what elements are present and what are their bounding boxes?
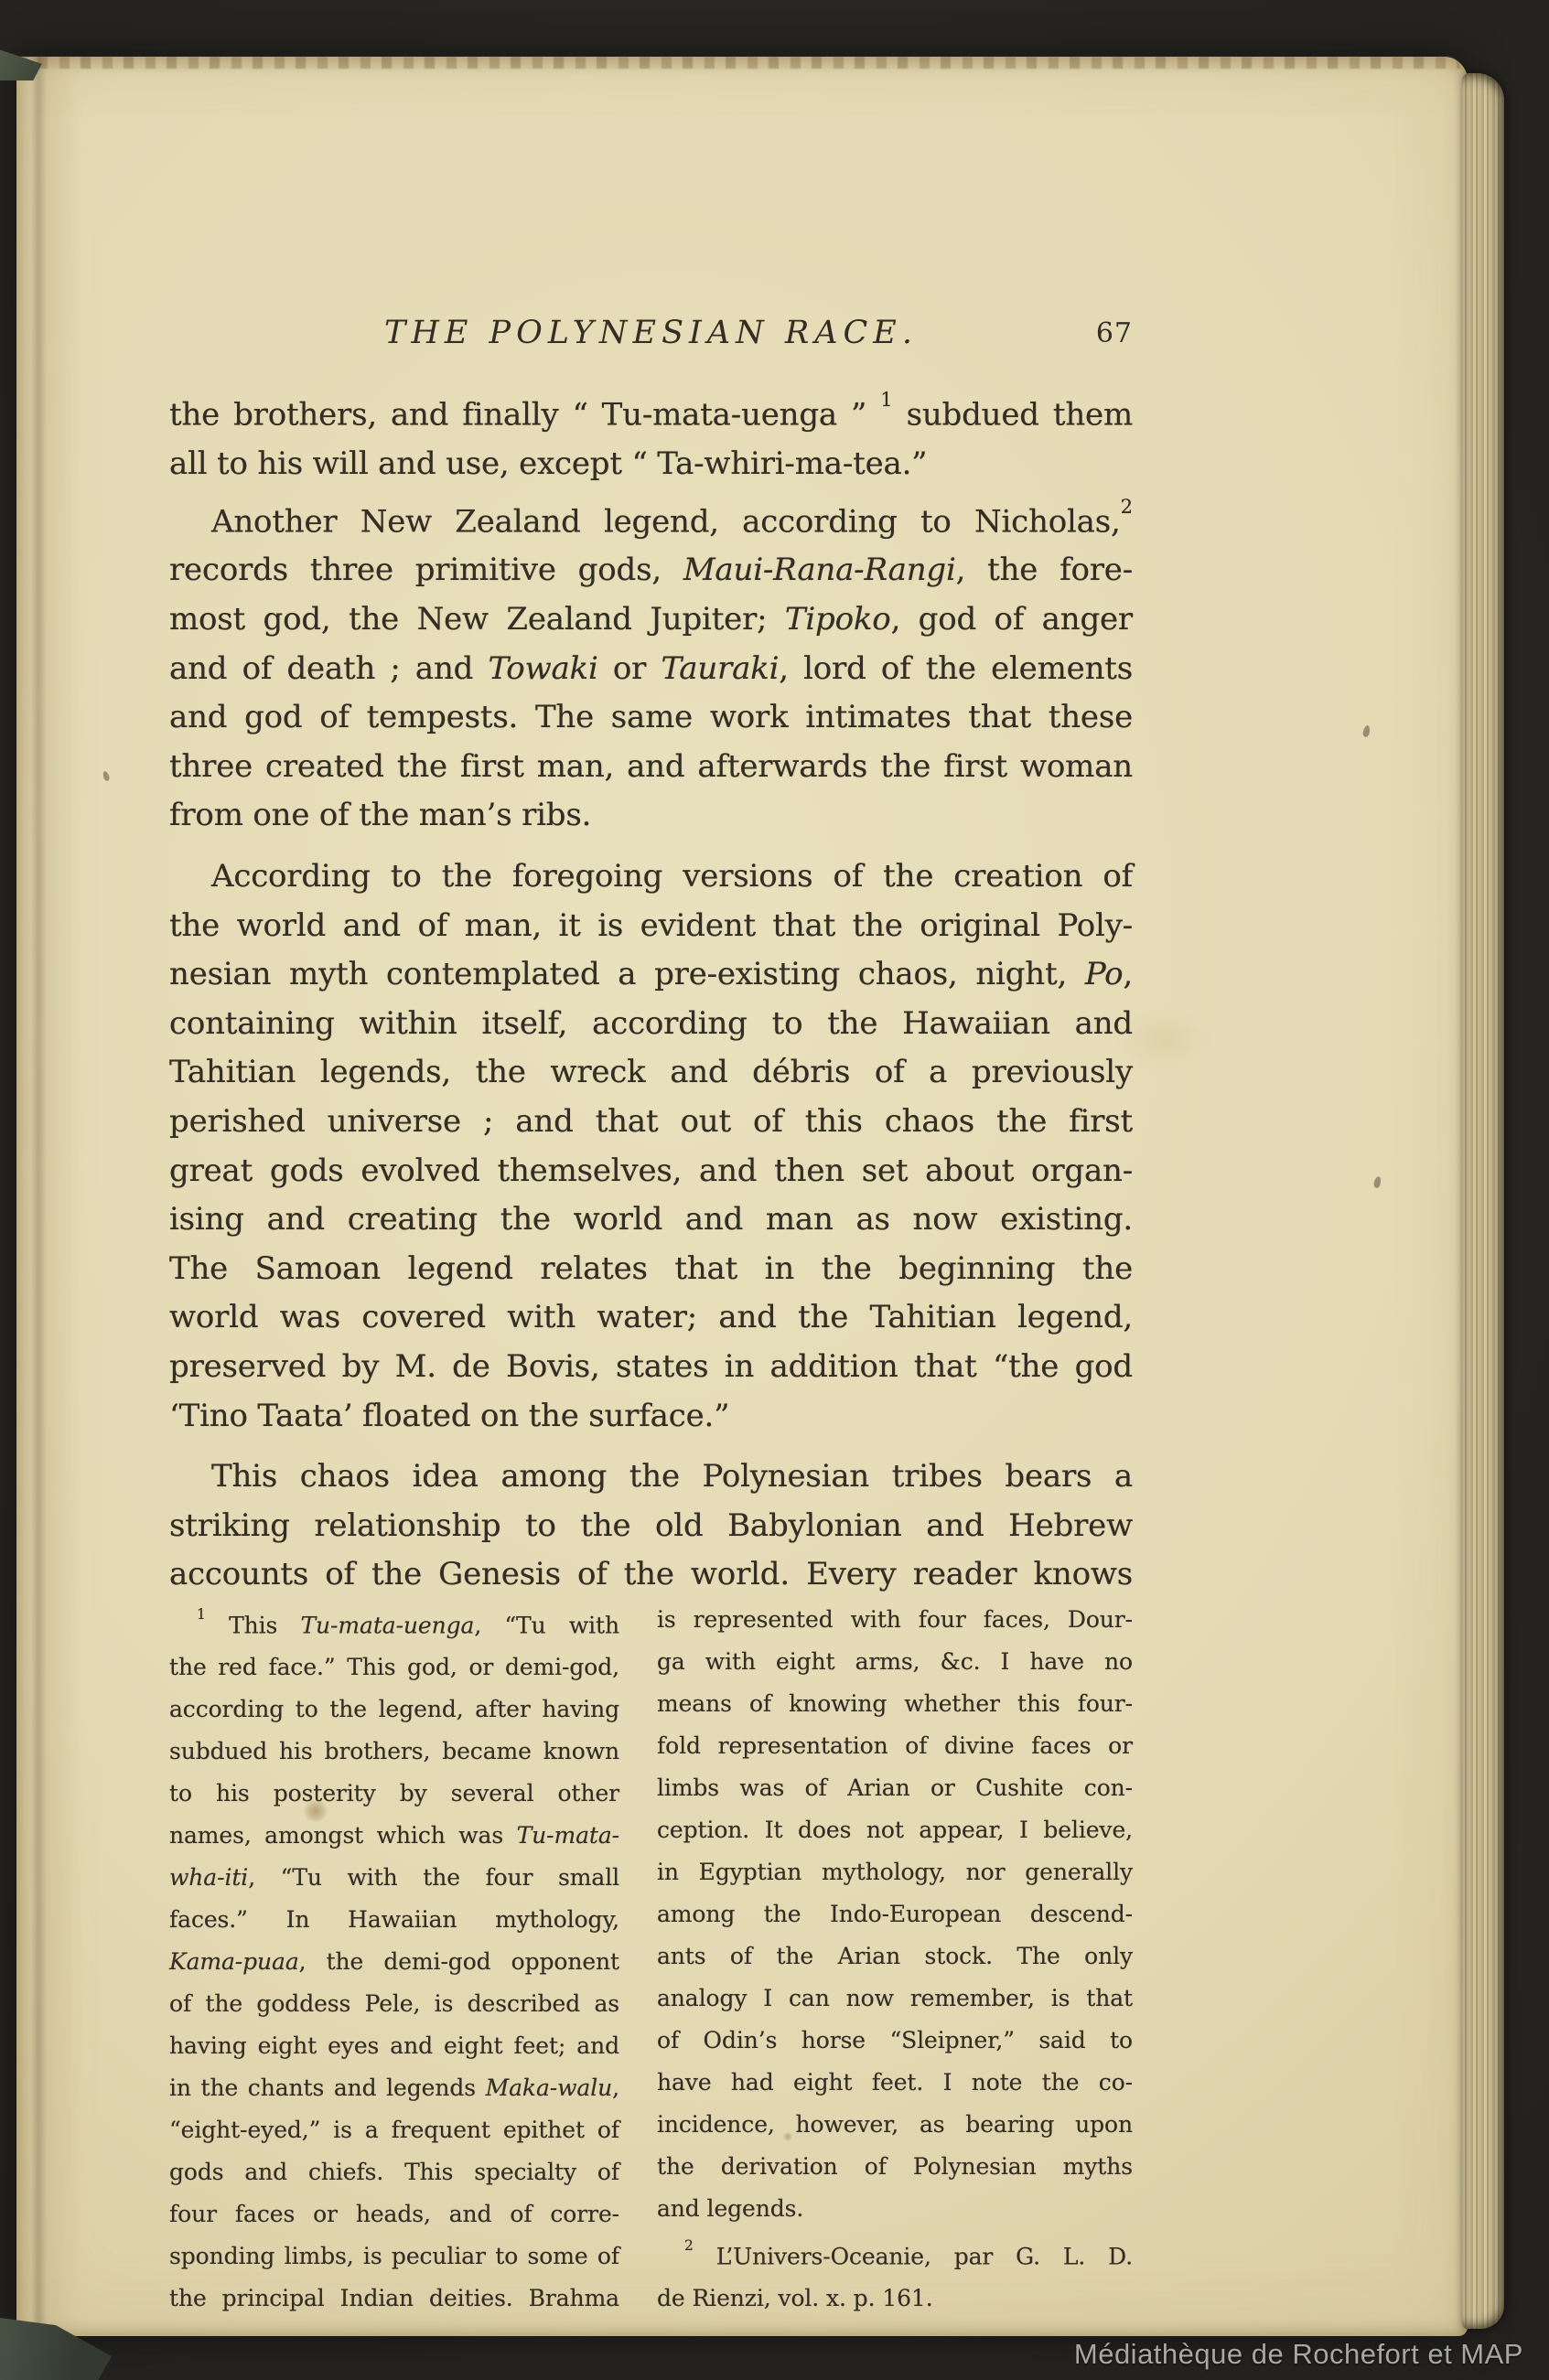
text-line: among the Indo-European descend- xyxy=(657,1893,1133,1935)
text-line: striking relationship to the old Babylon… xyxy=(169,1502,1133,1551)
page-content: THE POLYNESIAN RACE. 67 the brothers, an… xyxy=(169,57,1133,2336)
text-span: The Samoan legend relates that in the be… xyxy=(169,1250,1133,1287)
text-span: striking relationship to the old Babylon… xyxy=(169,1507,1133,1544)
text-span: , lord of the elements xyxy=(779,650,1133,687)
text-span: or xyxy=(598,650,662,687)
text-line: Tahitian legends, the wreck and débris o… xyxy=(169,1048,1133,1098)
text-span: limbs was of Arian or Cushite con- xyxy=(657,1774,1133,1801)
text-line: This chaos idea among the Polynesian tri… xyxy=(169,1453,1133,1502)
text-span: four faces or heads, and of corre- xyxy=(169,2201,619,2227)
text-span: perished universe ; and that out of this… xyxy=(169,1103,1133,1140)
book-fore-edge xyxy=(1462,73,1504,2329)
text-line: the derivation of Polynesian myths xyxy=(657,2146,1133,2188)
text-span: , “Tu with xyxy=(474,1612,619,1638)
text-line: subdued his brothers, became known xyxy=(169,1731,619,1773)
text-span: from one of the man’s ribs. xyxy=(169,797,591,833)
page-gutter-shadow xyxy=(16,57,82,2336)
text-line: means of knowing whether this four- xyxy=(657,1683,1133,1725)
text-span: the principal Indian deities. Brahma xyxy=(169,2285,619,2311)
text-line: in Egyptian mythology, nor generally xyxy=(657,1851,1133,1893)
text-span: three created the first man, and afterwa… xyxy=(169,748,1133,785)
footnote-column-left: 1 This Tu-mata-uenga, “Tu withthe red fa… xyxy=(169,1599,619,2320)
footnote-marker: 1 xyxy=(197,1606,206,1623)
text-span: , the demi-god opponent xyxy=(299,1948,619,1975)
text-span: L’Univers-Oceanie, par G. L. D. xyxy=(694,2243,1133,2269)
text-line: and god of tempests. The same work intim… xyxy=(169,693,1133,743)
text-line: records three primitive gods, Maui-Rana-… xyxy=(169,546,1133,595)
text-line: names, amongst which was Tu-mata- xyxy=(169,1815,619,1857)
text-line: limbs was of Arian or Cushite con- xyxy=(657,1767,1133,1809)
text-span: sponding limbs, is peculiar to some of xyxy=(169,2243,619,2269)
text-span: Tahitian legends, the wreck and débris o… xyxy=(169,1054,1133,1090)
text-span: in the chants and legends xyxy=(169,2074,486,2101)
text-line: nesian myth contemplated a pre-existing … xyxy=(169,950,1133,1000)
text-line: great gods evolved themselves, and then … xyxy=(169,1147,1133,1196)
text-line: ising and creating the world and man as … xyxy=(169,1195,1133,1245)
text-span: is represented with four faces, Dour- xyxy=(657,1606,1133,1633)
footnotes: 1 This Tu-mata-uenga, “Tu withthe red fa… xyxy=(169,1599,1133,2320)
text-span: “eight-eyed,” is a frequent epithet of xyxy=(169,2117,619,2143)
text-span: ‘Tino Taata’ floated on the surface.” xyxy=(169,1398,729,1434)
italic-text: wha-iti xyxy=(169,1864,248,1891)
text-span: , “Tu with the four small xyxy=(248,1864,619,1891)
text-line: of Odin’s horse “Sleipner,” said to xyxy=(657,2020,1133,2062)
text-line: the red face.” This god, or demi-god, xyxy=(169,1646,619,1689)
text-span: most god, the New Zealand Jupiter; xyxy=(169,601,785,638)
running-head: THE POLYNESIAN RACE. 67 xyxy=(169,315,1133,351)
text-span: in Egyptian mythology, nor generally xyxy=(657,1859,1133,1885)
text-span: and god of tempests. The same work intim… xyxy=(169,699,1133,735)
text-span: and legends. xyxy=(657,2195,803,2222)
text-line: “eight-eyed,” is a frequent epithet of xyxy=(169,2109,619,2151)
text-line: and of death ; and Towaki or Tauraki, lo… xyxy=(169,645,1133,694)
text-line: to his posterity by several other xyxy=(169,1773,619,1815)
text-line: ants of the Arian stock. The only xyxy=(657,1935,1133,1978)
text-span: have had eight feet. I note the co- xyxy=(657,2069,1133,2096)
footnote-marker: 1 xyxy=(880,388,892,411)
italic-text: Tauraki xyxy=(661,650,779,687)
text-span: faces.” In Hawaiian mythology, xyxy=(169,1906,619,1933)
book-page: THE POLYNESIAN RACE. 67 the brothers, an… xyxy=(16,57,1468,2336)
pen-speck xyxy=(1373,1175,1382,1188)
text-line: ‘Tino Taata’ floated on the surface.” xyxy=(169,1392,1133,1442)
text-span: This chaos idea among the Polynesian tri… xyxy=(211,1458,1133,1495)
text-span: containing within itself, according to t… xyxy=(169,1005,1133,1042)
text-span: names, amongst which was xyxy=(169,1822,517,1849)
text-span: among the Indo-European descend- xyxy=(657,1901,1133,1927)
paragraph: According to the foregoing versions of t… xyxy=(169,852,1133,1441)
italic-text: Tu-mata-uenga xyxy=(300,1612,474,1638)
italic-text: Maka-walu xyxy=(486,2074,613,2101)
text-span: ga with eight arms, &c. I have no xyxy=(657,1648,1133,1675)
page-title: THE POLYNESIAN RACE. xyxy=(384,315,918,351)
body-text: the brothers, and finally “ Tu-mata-ueng… xyxy=(169,382,1133,1600)
footnote-marker: 2 xyxy=(684,2237,694,2254)
text-line: sponding limbs, is peculiar to some of xyxy=(169,2235,619,2278)
italic-text: Tu-mata- xyxy=(517,1822,619,1849)
text-span: subdued them xyxy=(893,396,1133,433)
text-span: means of knowing whether this four- xyxy=(657,1690,1133,1717)
text-span: to his posterity by several other xyxy=(169,1780,619,1806)
text-line: world was covered with water; and the Ta… xyxy=(169,1293,1133,1343)
text-line: de Rienzi, vol. x. p. 161. xyxy=(657,2278,1133,2320)
footnote-column-right: is represented with four faces, Dour-ga … xyxy=(657,1599,1133,2320)
text-span: ception. It does not appear, I believe, xyxy=(657,1817,1133,1843)
text-line: according to the legend, after having xyxy=(169,1689,619,1731)
text-span: world was covered with water; and the Ta… xyxy=(169,1299,1133,1335)
text-span: great gods evolved themselves, and then … xyxy=(169,1152,1133,1189)
text-span: the brothers, and finally “ Tu-mata-ueng… xyxy=(169,396,880,433)
paragraph: Another New Zealand legend, according to… xyxy=(169,489,1133,841)
page-number: 67 xyxy=(1096,317,1133,349)
text-line: The Samoan legend relates that in the be… xyxy=(169,1245,1133,1294)
text-line: fold representation of divine faces or xyxy=(657,1725,1133,1767)
text-line: incidence, however, as bearing upon xyxy=(657,2104,1133,2146)
text-span: of Odin’s horse “Sleipner,” said to xyxy=(657,2027,1133,2053)
text-line: the brothers, and finally “ Tu-mata-ueng… xyxy=(169,382,1133,440)
text-span: accounts of the Genesis of the world. Ev… xyxy=(169,1556,1133,1592)
footnote-marker: 2 xyxy=(1121,495,1133,518)
text-line: perished universe ; and that out of this… xyxy=(169,1098,1133,1147)
text-line: is represented with four faces, Dour- xyxy=(657,1599,1133,1641)
text-span: ants of the Arian stock. The only xyxy=(657,1943,1133,1969)
text-span: having eight eyes and eight feet; and xyxy=(169,2032,619,2059)
italic-text: Towaki xyxy=(488,650,597,687)
library-watermark: Médiathèque de Rochefort et MAP xyxy=(1074,2338,1523,2371)
text-span: ising and creating the world and man as … xyxy=(169,1201,1133,1238)
text-span: , xyxy=(1123,956,1133,992)
text-span: all to his will and use, except “ Ta-whi… xyxy=(169,445,927,482)
text-span: , xyxy=(612,2074,619,2101)
text-span: fold representation of divine faces or xyxy=(657,1732,1133,1759)
paragraph: the brothers, and finally “ Tu-mata-ueng… xyxy=(169,382,1133,489)
text-line: and legends. xyxy=(657,2188,1133,2230)
text-line: preserved by M. de Bovis, states in addi… xyxy=(169,1343,1133,1392)
text-span: nesian myth contemplated a pre-existing … xyxy=(169,956,1085,992)
text-line: Kama-puaa, the demi-god opponent xyxy=(169,1941,619,1983)
text-span: subdued his brothers, became known xyxy=(169,1738,619,1764)
paragraph: This chaos idea among the Polynesian tri… xyxy=(169,1453,1133,1600)
text-line: most god, the New Zealand Jupiter; Tipok… xyxy=(169,595,1133,645)
text-line: having eight eyes and eight feet; and xyxy=(169,2025,619,2067)
pen-speck xyxy=(102,770,110,781)
text-span: the derivation of Polynesian myths xyxy=(657,2153,1133,2180)
italic-text: Po xyxy=(1085,956,1124,992)
text-span: the world and of man, it is evident that… xyxy=(169,907,1133,944)
text-line: ception. It does not appear, I believe, xyxy=(657,1809,1133,1851)
italic-text: Maui-Rana-Rangi xyxy=(683,552,956,588)
text-line: According to the foregoing versions of t… xyxy=(169,852,1133,902)
text-span: analogy I can now remember, is that xyxy=(657,1985,1133,2011)
text-line: the world and of man, it is evident that… xyxy=(169,902,1133,951)
italic-text: Tipoko xyxy=(785,601,891,638)
text-span: and of death ; and xyxy=(169,650,488,687)
text-line: gods and chiefs. This specialty of xyxy=(169,2151,619,2193)
text-line: wha-iti, “Tu with the four small xyxy=(169,1857,619,1899)
scanned-book-photo: THE POLYNESIAN RACE. 67 the brothers, an… xyxy=(0,0,1549,2380)
text-line: containing within itself, according to t… xyxy=(169,1000,1133,1049)
text-span: the red face.” This god, or demi-god, xyxy=(169,1654,619,1680)
text-span: , the fore- xyxy=(956,552,1133,588)
text-span: According to the foregoing versions of t… xyxy=(211,858,1133,895)
text-line: all to his will and use, except “ Ta-whi… xyxy=(169,440,1133,489)
text-span: according to the legend, after having xyxy=(169,1696,619,1722)
text-line: of the goddess Pele, is described as xyxy=(169,1983,619,2025)
pen-speck xyxy=(1362,724,1372,737)
text-span: de Rienzi, vol. x. p. 161. xyxy=(657,2285,933,2311)
text-span: records three primitive gods, xyxy=(169,552,683,588)
text-line: three created the first man, and afterwa… xyxy=(169,743,1133,792)
text-span: This xyxy=(206,1612,301,1638)
italic-text: Kama-puaa xyxy=(169,1948,299,1975)
text-line: the principal Indian deities. Brahma xyxy=(169,2278,619,2320)
text-span: , god of anger xyxy=(891,601,1133,638)
text-line: 2 L’Univers-Oceanie, par G. L. D. xyxy=(657,2230,1133,2278)
text-line: from one of the man’s ribs. xyxy=(169,791,1133,841)
text-line: ga with eight arms, &c. I have no xyxy=(657,1641,1133,1683)
text-span: incidence, however, as bearing upon xyxy=(657,2111,1133,2138)
text-span: preserved by M. de Bovis, states in addi… xyxy=(169,1348,1133,1385)
text-line: analogy I can now remember, is that xyxy=(657,1978,1133,2020)
text-line: 1 This Tu-mata-uenga, “Tu with xyxy=(169,1599,619,1646)
text-span: Another New Zealand legend, according to… xyxy=(211,503,1121,540)
text-line: in the chants and legends Maka-walu, xyxy=(169,2067,619,2109)
text-line: have had eight feet. I note the co- xyxy=(657,2062,1133,2104)
text-line: accounts of the Genesis of the world. Ev… xyxy=(169,1550,1133,1600)
text-span: gods and chiefs. This specialty of xyxy=(169,2159,619,2185)
text-line: Another New Zealand legend, according to… xyxy=(169,489,1133,547)
text-line: faces.” In Hawaiian mythology, xyxy=(169,1899,619,1941)
text-line: four faces or heads, and of corre- xyxy=(169,2193,619,2235)
text-span: of the goddess Pele, is described as xyxy=(169,1990,619,2017)
